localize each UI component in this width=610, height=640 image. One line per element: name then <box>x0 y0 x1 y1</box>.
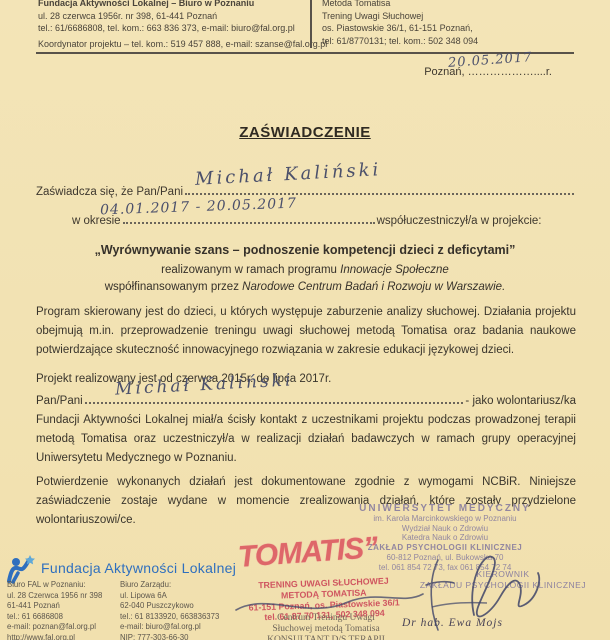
header-fal-address: ul. 28 czerwca 1956r. nr 398, 61-441 Poz… <box>38 10 327 23</box>
header-tomatis-line2: Trening Uwagi Słuchowej <box>322 10 478 23</box>
fal-office-line: 62-040 Puszczykowo <box>120 601 219 612</box>
fal-office-line: e-mail: biuro@fal.org.pl <box>120 622 219 633</box>
project-funding-normal: współfinansowanym przez <box>105 281 242 293</box>
kierownik-stamp: KIEROWNIK ZAKŁADU PSYCHOLOGII KLINICZNEJ <box>418 569 588 591</box>
volunteer-prefix: Pan/Pani <box>36 395 83 407</box>
fal-office-line: tel.: 61 8133920, 663836373 <box>120 612 219 623</box>
header-tomatis-contact: tel: 61/8770131; tel. kom.: 502 348 094 <box>322 35 478 48</box>
tomatis-center-line: Słuchowej metodą Tomatisa <box>228 624 424 635</box>
header-fal-title: Fundacja Aktywności Lokalnej – Biuro w P… <box>38 0 327 10</box>
kierownik-department: ZAKŁADU PSYCHOLOGII KLINICZNEJ <box>418 580 588 591</box>
tomatis-center-stamp: Centrum Treningu Uwagi Słuchowej metodą … <box>228 613 424 640</box>
fal-office-zarzad: Biuro Zarządu: ul. Lipowa 6A 62-040 Pusz… <box>120 580 219 640</box>
fal-office-line: http://www.fal.org.pl <box>7 633 102 640</box>
header-tomatis-block: Metoda Tomatisa Trening Uwagi Słuchowej … <box>322 0 478 47</box>
document-title: ZAŚWIADCZENIE <box>0 124 610 141</box>
fal-office-line: tel.: 61 6686808 <box>7 612 102 623</box>
project-title: „Wyrównywanie szans – podnoszenie kompet… <box>0 243 610 257</box>
statement-intro-text: Zaświadcza się, że Pan/Pani <box>36 186 183 198</box>
university-stamp-line: Wydział Nauk o Zdrowiu <box>308 524 582 534</box>
paragraph-program-description: Program skierowany jest do dzieci, u któ… <box>36 303 576 360</box>
volunteer-suffix: - jako wolontariusz/ka <box>465 395 576 407</box>
paragraph-volunteer-description: Fundacji Aktywności Lokalnej miał/a ścis… <box>36 411 576 468</box>
fal-office-line: ul. Lipowa 6A <box>120 591 219 602</box>
fal-office-line: 61-441 Poznań <box>7 601 102 612</box>
fal-office-line: e-mail: poznan@fal.org.pl <box>7 622 102 633</box>
period-suffix: współuczestniczył/a w projekcie: <box>377 215 542 227</box>
fal-office-line: NIP: 777-303-66-30 <box>120 633 219 640</box>
project-program-normal: realizowanym w ramach programu <box>161 264 340 276</box>
tomatis-center-line: Centrum Treningu Uwagi <box>228 613 424 624</box>
fal-office-poznan: Biuro FAL w Poznaniu: ul. 28 Czerwca 195… <box>7 580 102 640</box>
dateline-suffix: r. <box>546 66 552 78</box>
fal-logo-text: Fundacja Aktywności Lokalnej <box>41 560 236 576</box>
project-block: „Wyrównywanie szans – podnoszenie kompet… <box>0 243 610 296</box>
kierownik-title: KIEROWNIK <box>418 569 588 580</box>
project-funding-institution: Narodowe Centrum Badań i Rozwoju w Warsz… <box>242 281 505 293</box>
header-tomatis-line1: Metoda Tomatisa <box>322 0 478 10</box>
header-vertical-divider <box>310 0 312 48</box>
university-stamp-line: im. Karola Marcinkowskiego w Poznaniu <box>308 514 582 524</box>
scanned-certificate-page: Fundacja Aktywności Lokalnej – Biuro w P… <box>0 0 610 640</box>
project-program-line: realizowanym w ramach programu Innowacje… <box>0 262 610 279</box>
signatory-name: Dr hab. Ewa Mojs <box>402 617 503 629</box>
header-coordinator-contact: Koordynator projektu – tel. kom.: 519 45… <box>38 38 327 51</box>
fal-office-line: Biuro FAL w Poznaniu: <box>7 580 102 591</box>
project-funding-line: współfinansowanym przez Narodowe Centrum… <box>0 279 610 296</box>
header-fal-contact: tel.: 61/6686808, tel. kom.: 663 836 373… <box>38 22 327 35</box>
project-program-name: Innowacje Społeczne <box>340 264 449 276</box>
university-stamp-line: UNIWERSYTET MEDYCZNY <box>308 504 582 514</box>
fal-office-line: ul. 28 Czerwca 1956 nr 398 <box>7 591 102 602</box>
statement-intro-row: Zaświadcza się, że Pan/Pani <box>36 183 576 198</box>
tomatis-center-line: KONSULTANT D/S TERAPII <box>228 635 424 640</box>
header-tomatis-address: os. Piastowskie 36/1, 61-151 Poznań, <box>322 22 478 35</box>
fal-office-line: Biuro Zarządu: <box>120 580 219 591</box>
header-fal-block: Fundacja Aktywności Lokalnej – Biuro w P… <box>38 0 327 50</box>
